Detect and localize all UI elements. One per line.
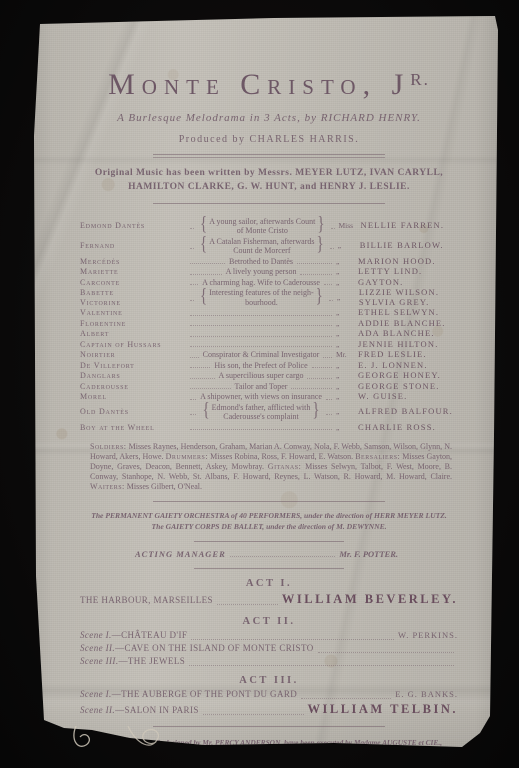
- character-description: {A Catalan Fisherman, afterwardsCount de…: [198, 237, 326, 256]
- character-description: {A young sailor, afterwards Countof Mont…: [198, 217, 327, 236]
- subtitle: A Burlesque Melodrama in 3 Acts, by RICH…: [80, 112, 458, 124]
- loose-threads: [66, 726, 206, 760]
- scene-designer: E. G. BANKS.: [395, 689, 458, 699]
- character-name: Danglars: [80, 371, 186, 381]
- performer-cell: „GAYTON.: [336, 278, 458, 288]
- character-description: {Edmond's father, afflicted withCaderous…: [200, 403, 321, 422]
- divider-rule: [194, 568, 344, 569]
- performer-name: ALFRED BALFOUR.: [358, 407, 453, 417]
- performer-cell: „CHARLIE ROSS.: [336, 423, 458, 433]
- leader-dots: [217, 603, 278, 605]
- leader-dots: [189, 664, 454, 666]
- leader-dots: [190, 387, 231, 389]
- performer-prefix: „: [336, 278, 358, 288]
- character-description: Betrothed to Dantès: [229, 257, 293, 267]
- performer-cell: „LIZZIE WILSON.SYLVIA GREY.: [337, 288, 459, 307]
- character-name: Fernand: [80, 241, 186, 251]
- scene-row: Scene II. —SALON IN PARIS WILLIAM TELBIN…: [80, 702, 458, 717]
- leader-dots: [190, 299, 194, 301]
- performer-name: NELLIE FARREN.: [361, 221, 445, 231]
- performer-name: JENNIE HILTON.: [358, 340, 439, 350]
- leader-dots: [190, 247, 194, 249]
- character-name: De Villefort: [80, 361, 186, 371]
- performer-name: ADA BLANCHE.: [358, 329, 435, 339]
- acting-manager-name: Mr. F. POTTER.: [339, 549, 398, 559]
- scene-label: Scene II.: [80, 643, 115, 653]
- character-name: Florentine: [80, 319, 186, 329]
- scene-name: —CAVE ON THE ISLAND OF MONTE CRISTO: [115, 643, 314, 653]
- leader-dots: [230, 555, 336, 557]
- left-brace: {: [198, 240, 209, 253]
- scene-row: Scene I. —THE AUBERGE OF THE PONT DU GAR…: [80, 689, 458, 699]
- right-brace: }: [315, 240, 326, 253]
- character-name: Valentine: [80, 308, 186, 318]
- cast-row: Noirtier Conspirator & Criminal Investig…: [80, 350, 458, 361]
- performer-prefix: Miss: [339, 221, 361, 231]
- performer-name: E. J. LONNEN.: [358, 361, 428, 371]
- performer-prefix: „: [336, 267, 358, 277]
- leader-dots: [326, 413, 332, 415]
- leader-dots: [291, 387, 332, 389]
- performer-prefix: „: [336, 371, 358, 381]
- cast-row: Carconte A charming hag. Wife to Caderou…: [80, 277, 458, 288]
- cast-row: Edmond Dantès {A young sailor, afterward…: [80, 216, 458, 236]
- cast-row: Boy at the Wheel „CHARLIE ROSS.: [80, 422, 458, 433]
- leader-dots: [323, 356, 332, 358]
- cast-row: Morel A shipowner, with views on insuran…: [80, 392, 458, 403]
- character-name: Mariette: [80, 267, 186, 277]
- right-brace: }: [310, 406, 321, 419]
- performer-prefix: „: [336, 257, 358, 267]
- scene-label: Scene I.: [80, 689, 112, 699]
- character-name: Morel: [80, 392, 186, 402]
- leader-dots: [307, 377, 332, 379]
- chorus-role: Gitanas:: [268, 462, 302, 471]
- character-description: Conspirator & Criminal Investigator: [203, 350, 320, 360]
- performer-cell: „ALFRED BALFOUR.: [336, 407, 458, 417]
- performer-name: LETTY LIND.: [358, 267, 422, 277]
- performer-name: CHARLIE ROSS.: [358, 423, 436, 433]
- cast-row: Valentine „ETHEL SELWYN.: [80, 308, 458, 319]
- character-description: A charming hag. Wife to Caderousse: [202, 278, 320, 288]
- performer-prefix: „: [336, 392, 358, 402]
- scene-label: Scene I.: [80, 630, 112, 640]
- performer-cell: „W. GUISE.: [336, 392, 458, 402]
- performer-prefix: „: [336, 361, 358, 371]
- performer-name: BILLIE BARLOW.: [360, 241, 444, 251]
- performer-prefix: „: [336, 308, 358, 318]
- performer-name: LIZZIE WILSON.SYLVIA GREY.: [359, 288, 439, 307]
- title-main: Monte Cristo, J: [108, 68, 410, 101]
- cast-row: Fernand {A Catalan Fisherman, afterwards…: [80, 236, 458, 256]
- cast-row: Mercédès Betrothed to Dantès „MARION HOO…: [80, 256, 458, 267]
- produced-by: Produced by CHARLES HARRIS.: [80, 134, 458, 145]
- cast-list: Edmond Dantès {A young sailor, afterward…: [80, 216, 458, 433]
- divider-rule: [153, 501, 385, 502]
- divider-rule: [153, 154, 385, 158]
- performer-prefix: „: [336, 319, 358, 329]
- leader-dots: [330, 247, 334, 249]
- leader-dots: [190, 314, 332, 316]
- performer-name: W. GUISE.: [358, 392, 407, 402]
- scene-name: —CHÂTEAU D'IF: [112, 630, 188, 640]
- scene-name: THE HARBOUR, MARSEILLES: [80, 595, 213, 605]
- performer-name: GAYTON.: [358, 278, 403, 288]
- leader-dots: [190, 227, 194, 229]
- left-brace: {: [200, 406, 211, 419]
- performer-cell: „E. J. LONNEN.: [336, 361, 458, 371]
- act-heading: ACT II.: [80, 616, 458, 627]
- leader-dots: [190, 273, 222, 275]
- right-brace: }: [314, 291, 325, 304]
- chorus-role: Waiters:: [90, 482, 125, 491]
- leader-dots: [190, 366, 210, 368]
- leader-dots: [318, 651, 454, 653]
- acting-manager-label: ACTING MANAGER: [135, 549, 226, 559]
- left-brace: {: [198, 291, 209, 304]
- leader-dots: [190, 283, 198, 285]
- character-name: Boy at the Wheel: [80, 423, 186, 433]
- leader-dots: [300, 273, 332, 275]
- leader-dots: [203, 713, 304, 715]
- character-description: His son, the Prefect of Police: [214, 361, 307, 371]
- cast-row: Florentine „ADDIE BLANCHE.: [80, 318, 458, 329]
- chorus-role: Soldiers:: [90, 442, 127, 451]
- leader-dots: [190, 377, 215, 379]
- performer-prefix: „: [336, 329, 358, 339]
- cast-row: Old Dantès {Edmond's father, afflicted w…: [80, 402, 458, 422]
- performer-cell: „ETHEL SELWYN.: [336, 308, 458, 318]
- performer-cell: „JENNIE HILTON.: [336, 340, 458, 350]
- divider-rule: [153, 203, 385, 204]
- right-brace: }: [315, 220, 326, 233]
- character-name: Albert: [80, 329, 186, 339]
- programme-content: Monte Cristo, JR. A Burlesque Melodrama …: [34, 16, 498, 768]
- cast-row: Albert „ADA BLANCHE.: [80, 329, 458, 340]
- scene-row: Scene III. —THE JEWELS: [80, 656, 458, 666]
- cast-row: Mariette A lively young person „LETTY LI…: [80, 267, 458, 278]
- chorus-list: Soldiers: Misses Raynes, Henderson, Grah…: [90, 442, 452, 492]
- character-name: Carconte: [80, 278, 186, 288]
- character-name: BabetteVictorine: [80, 288, 186, 307]
- scene-row: Scene I. —CHÂTEAU D'IF W. PERKINS.: [80, 630, 458, 640]
- leader-dots: [312, 366, 332, 368]
- divider-rule: [194, 541, 344, 542]
- leader-dots: [190, 356, 199, 358]
- leader-dots: [190, 428, 332, 430]
- character-description: A supercilious super cargo: [219, 371, 304, 381]
- scene-designer: WILLIAM TELBIN.: [308, 702, 459, 717]
- silk-programme: Monte Cristo, JR. A Burlesque Melodrama …: [34, 16, 498, 749]
- leader-dots: [329, 299, 333, 301]
- performer-cell: „GEORGE HONEY.: [336, 371, 458, 381]
- act-heading: ACT III.: [80, 675, 458, 686]
- music-credit-line: HAMILTON CLARKE, G. W. HUNT, and HENRY J…: [80, 180, 458, 194]
- performer-prefix: „: [338, 241, 360, 251]
- performer-prefix: „: [336, 340, 358, 350]
- character-description: {Interesting features of the neigh-bourh…: [198, 288, 325, 307]
- performer-cell: „LETTY LIND.: [336, 267, 458, 277]
- act-heading: ACT I.: [80, 578, 458, 589]
- chorus-role: Drummers:: [166, 452, 209, 461]
- performer-cell: „MARION HOOD.: [336, 257, 458, 267]
- scene-name: —SALON IN PARIS: [115, 705, 199, 715]
- leader-dots: [190, 335, 332, 337]
- leader-dots: [301, 697, 391, 699]
- performer-cell: „GEORGE STONE.: [336, 382, 458, 392]
- leader-dots: [190, 324, 332, 326]
- page-title: Monte Cristo, JR.: [80, 68, 458, 102]
- performer-name: MARION HOOD.: [358, 257, 436, 267]
- music-credit: Original Music has been written by Messr…: [80, 166, 458, 194]
- performer-name: ADDIE BLANCHE.: [358, 319, 446, 329]
- leader-dots: [297, 262, 332, 264]
- title-superscript: R.: [410, 70, 430, 89]
- leader-dots: [190, 345, 332, 347]
- performer-cell: „ADA BLANCHE.: [336, 329, 458, 339]
- performer-cell: „BILLIE BARLOW.: [338, 241, 460, 251]
- leader-dots: [190, 398, 196, 400]
- performer-cell: MissNELLIE FARREN.: [339, 221, 461, 231]
- leader-dots: [324, 283, 332, 285]
- leader-dots: [331, 227, 335, 229]
- performer-name: GEORGE STONE.: [358, 382, 440, 392]
- character-description: A lively young person: [226, 267, 297, 277]
- character-name: Caderousse: [80, 382, 186, 392]
- character-name: Noirtier: [80, 350, 186, 360]
- orchestra-note: The PERMANENT GAIETY ORCHESTRA of 40 PER…: [80, 510, 458, 532]
- leader-dots: [190, 413, 196, 415]
- character-name: Edmond Dantès: [80, 221, 186, 231]
- character-description: A shipowner, with views on insurance: [200, 392, 322, 402]
- performer-name: ETHEL SELWYN.: [358, 308, 439, 318]
- performer-name: GEORGE HONEY.: [358, 371, 441, 381]
- performer-prefix: Mr.: [336, 350, 358, 360]
- chorus-role: Bersaliers:: [355, 452, 400, 461]
- scene-row: THE HARBOUR, MARSEILLES WILLIAM BEVERLEY…: [80, 592, 458, 607]
- left-brace: {: [198, 220, 209, 233]
- performer-prefix: „: [336, 382, 358, 392]
- leader-dots: [191, 638, 394, 640]
- character-description: Tailor and Toper: [235, 382, 288, 392]
- scene-label: Scene III.: [80, 656, 118, 666]
- cast-row: Danglars A supercilious super cargo „GEO…: [80, 371, 458, 382]
- scene-label: Scene II.: [80, 705, 115, 715]
- scene-name: —THE AUBERGE OF THE PONT DU GARD: [112, 689, 297, 699]
- scene-designer: WILLIAM BEVERLEY.: [282, 592, 458, 607]
- leader-dots: [190, 262, 225, 264]
- acting-manager-row: ACTING MANAGER Mr. F. POTTER.: [135, 549, 398, 559]
- scene-row: Scene II. —CAVE ON THE ISLAND OF MONTE C…: [80, 643, 458, 653]
- character-name: Old Dantès: [80, 407, 186, 417]
- performer-prefix: „: [337, 293, 359, 303]
- performer-prefix: „: [336, 407, 358, 417]
- character-name: Mercédès: [80, 257, 186, 267]
- cast-row: Captain of Hussars „JENNIE HILTON.: [80, 339, 458, 350]
- cast-row: De Villefort His son, the Prefect of Pol…: [80, 360, 458, 371]
- scene-name: —THE JEWELS: [118, 656, 185, 666]
- scene-designer: W. PERKINS.: [398, 630, 458, 640]
- cast-row: Caderousse Tailor and Toper „GEORGE STON…: [80, 381, 458, 392]
- performer-cell: „ADDIE BLANCHE.: [336, 319, 458, 329]
- performer-cell: Mr.FRED LESLIE.: [336, 350, 458, 360]
- cast-row: BabetteVictorine {Interesting features o…: [80, 288, 458, 308]
- leader-dots: [326, 398, 332, 400]
- performer-name: FRED LESLIE.: [358, 350, 427, 360]
- character-name: Captain of Hussars: [80, 340, 186, 350]
- performer-prefix: „: [336, 423, 358, 433]
- music-credit-line: Original Music has been written by Messr…: [80, 166, 458, 180]
